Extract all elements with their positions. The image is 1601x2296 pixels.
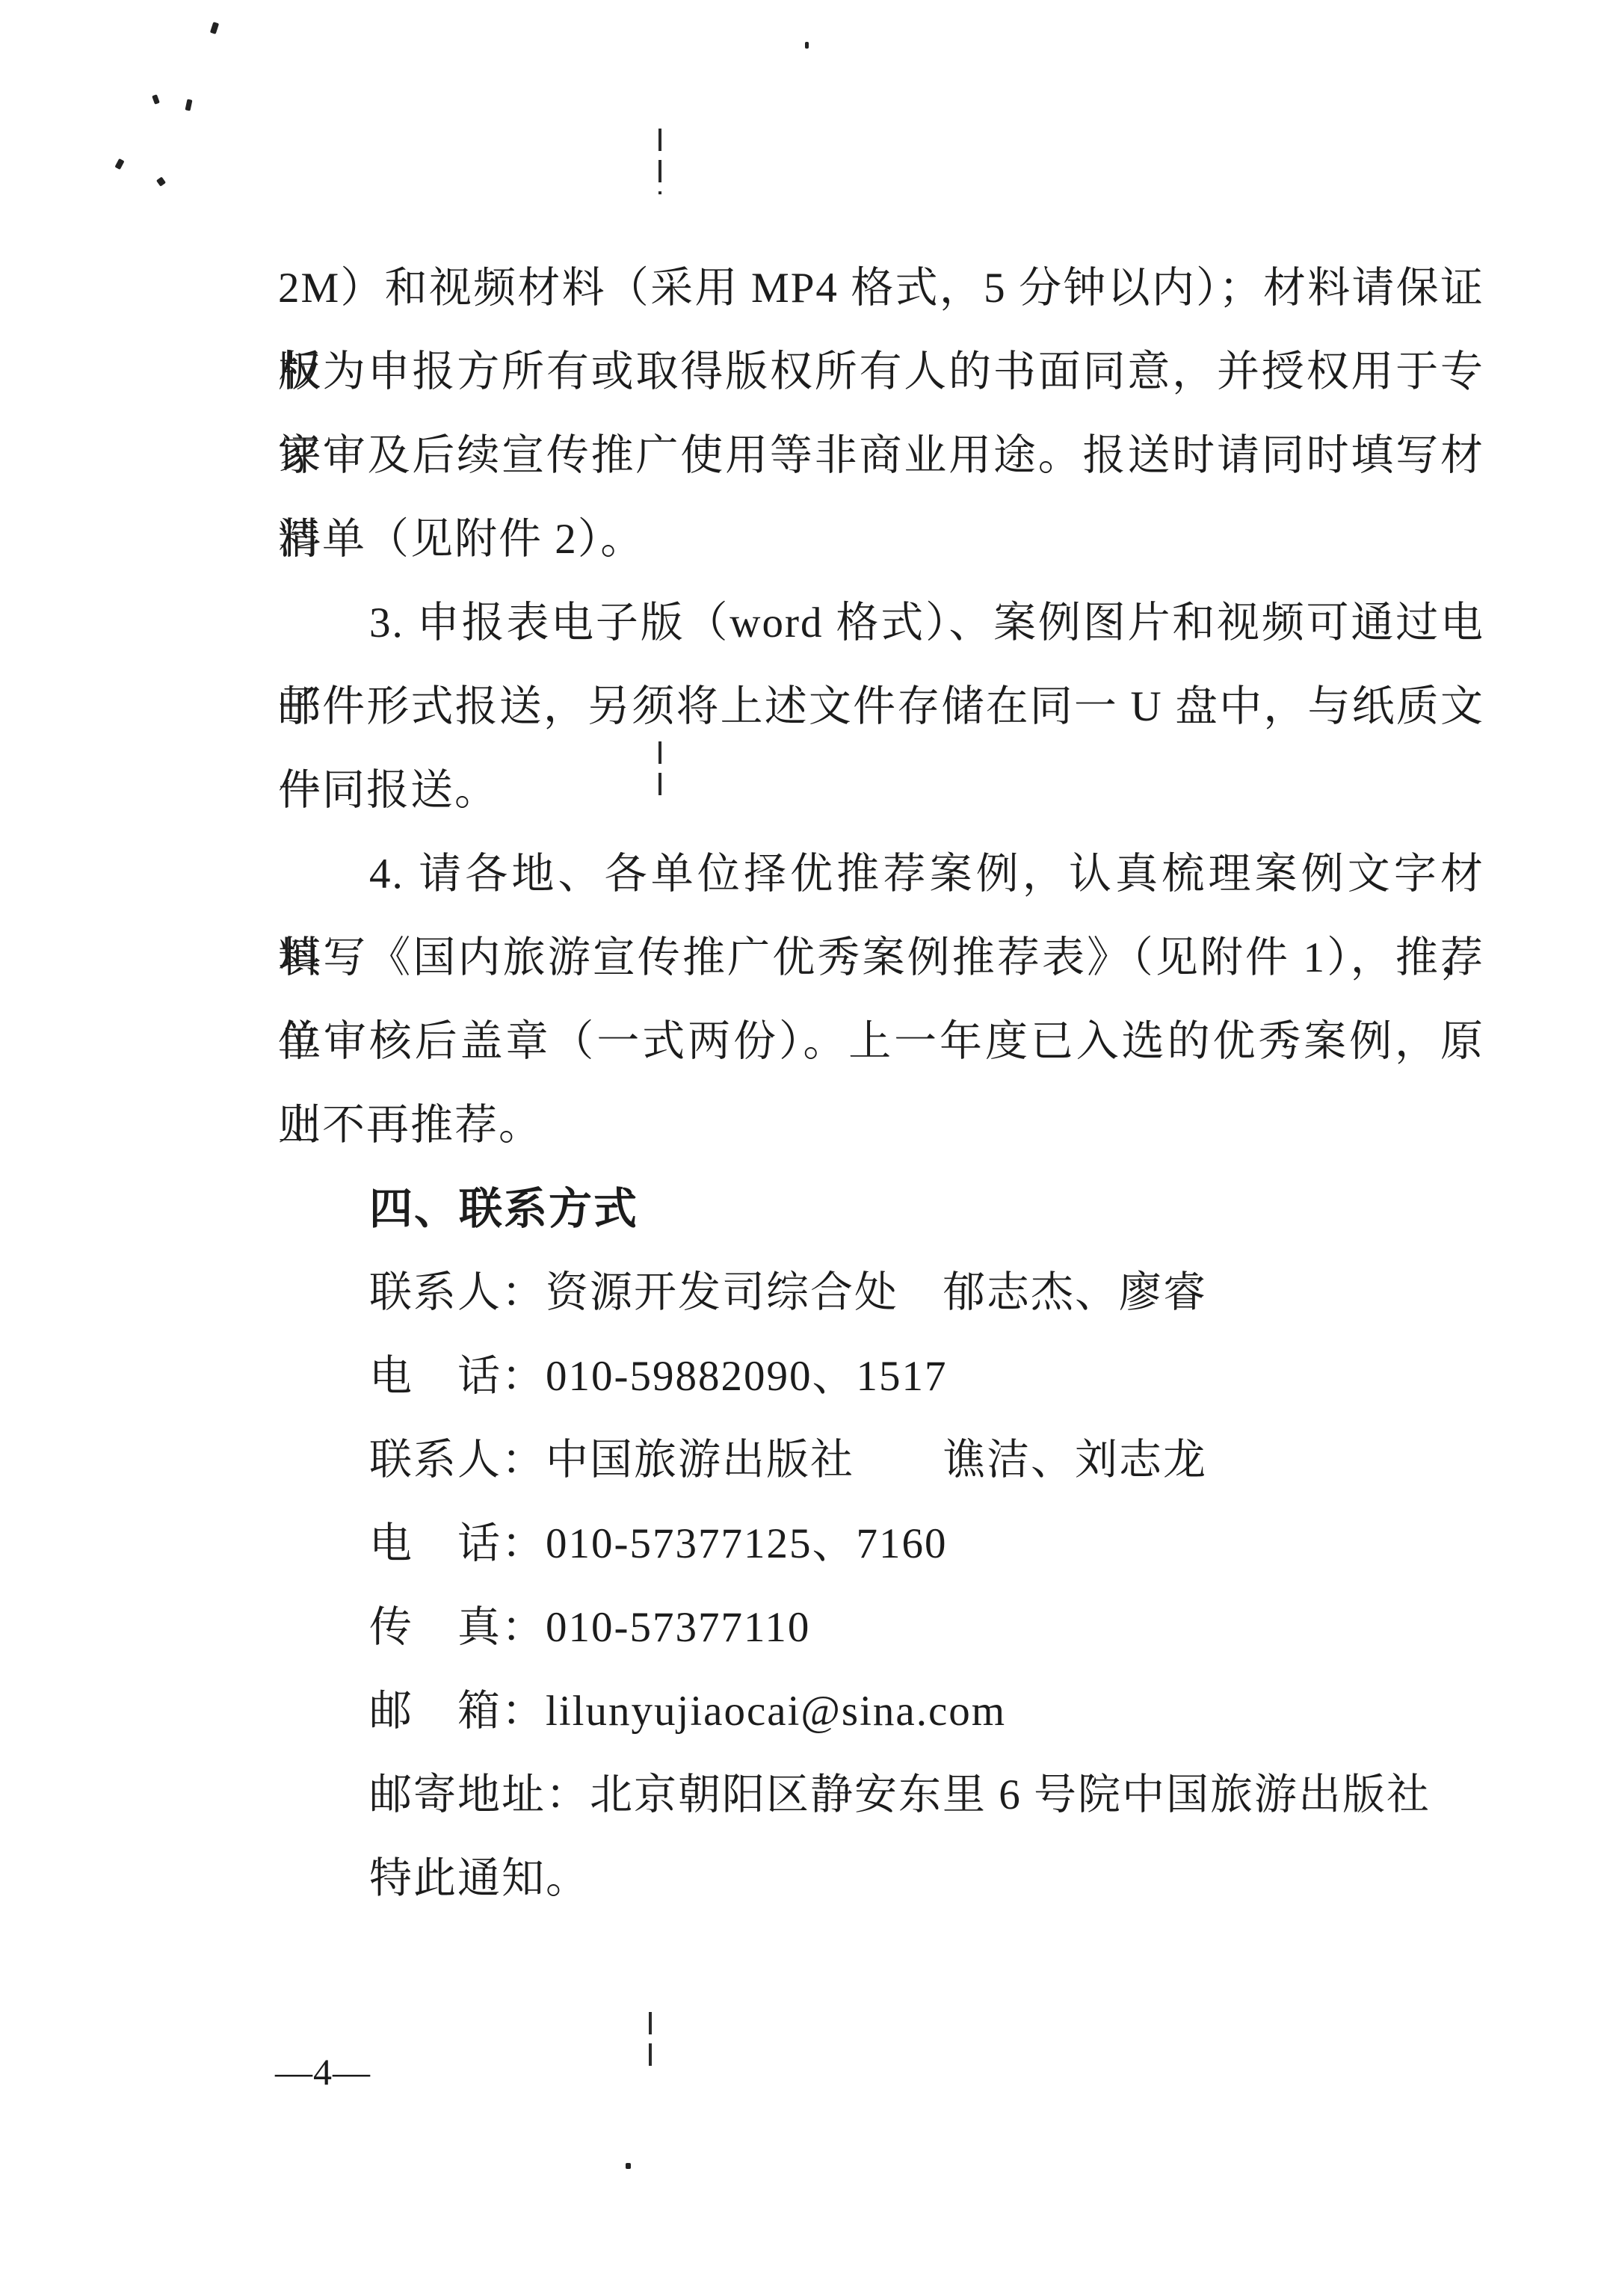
body-line: 清单（见附件 2）。 — [278, 498, 1484, 581]
contact-person-line: 联系人：中国旅游出版社 谯洁、刘志龙 — [278, 1419, 1484, 1502]
body-line: 权为申报方所有或取得版权所有人的书面同意，并授权用于专家 — [278, 330, 1484, 414]
scan-artifact — [626, 2163, 631, 2169]
page-number: —4— — [275, 2049, 371, 2094]
email-line: 邮 箱：lilunyujiaocai@sina.com — [278, 1670, 1484, 1753]
phone-line: 电 话：010-59882090、1517 — [278, 1335, 1484, 1419]
section-heading: 四、联系方式 — [278, 1167, 1484, 1251]
body-line: 2M）和视频材料（采用 MP4 格式，5 分钟以内）；材料请保证版 — [278, 247, 1484, 330]
fold-line-artifact — [658, 129, 661, 194]
body-line: 填写《国内旅游宣传推广优秀案例推荐表》（见附件 1），推荐单 — [278, 916, 1484, 1000]
scan-artifact — [210, 22, 219, 34]
body-line: 一同报送。 — [278, 749, 1484, 833]
contact-person-line: 联系人：资源开发司综合处 郁志杰、廖睿 — [278, 1251, 1484, 1335]
closing-line: 特此通知。 — [278, 1837, 1484, 1921]
scan-artifact — [185, 99, 193, 111]
scan-artifact — [156, 176, 166, 186]
document-body: 2M）和视频材料（采用 MP4 格式，5 分钟以内）；材料请保证版 权为申报方所… — [278, 247, 1484, 1921]
body-line: 邮件形式报送，另须将上述文件存储在同一 U 盘中，与纸质文件 — [278, 665, 1484, 749]
body-line: 评审及后续宣传推广使用等非商业用途。报送时请同时填写材料 — [278, 414, 1484, 498]
body-line: 上不再推荐。 — [278, 1084, 1484, 1167]
scan-artifact — [152, 94, 160, 105]
fax-line: 传 真：010-57377110 — [278, 1586, 1484, 1670]
scan-artifact — [805, 42, 809, 49]
scan-artifact — [114, 158, 124, 170]
phone-line: 电 话：010-57377125、7160 — [278, 1502, 1484, 1586]
body-line: 4. 请各地、各单位择优推荐案例，认真梳理案例文字材料， — [278, 833, 1484, 916]
body-line: 位审核后盖章（一式两份）。上一年度已入选的优秀案例，原则 — [278, 1000, 1484, 1084]
fold-line-artifact — [649, 2012, 652, 2067]
scanned-document-page: 2M）和视频材料（采用 MP4 格式，5 分钟以内）；材料请保证版 权为申报方所… — [0, 0, 1601, 2296]
fold-line-artifact — [658, 741, 661, 804]
body-line: 3. 申报表电子版（word 格式）、案例图片和视频可通过电子 — [278, 581, 1484, 665]
mailing-address-line: 邮寄地址：北京朝阳区静安东里 6 号院中国旅游出版社 — [278, 1753, 1484, 1837]
